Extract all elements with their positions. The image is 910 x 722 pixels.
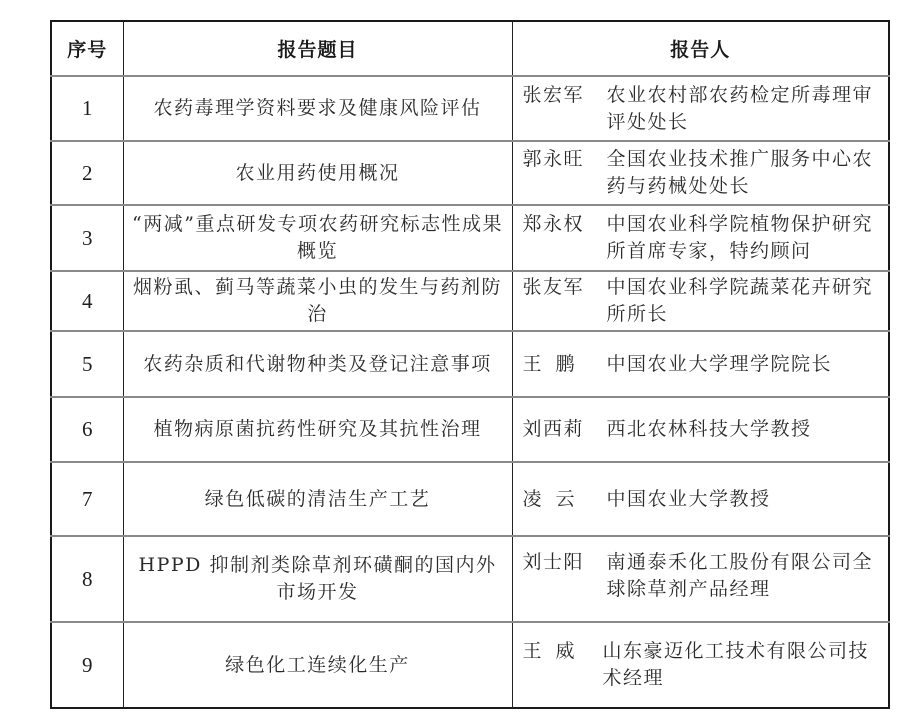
speaker-affiliation: 农业农村部农药检定所毒理审评处处长 <box>607 82 883 136</box>
table-row: 8 HPPD 抑制剂类除草剂环磺酮的国内外市场开发 刘士阳 南通泰禾化工股份有限… <box>51 536 889 622</box>
speaker-name: 凌云 <box>523 486 607 513</box>
speaker-name: 刘士阳 <box>523 549 607 576</box>
report-title: 农药杂质和代谢物种类及登记注意事项 <box>123 331 512 397</box>
row-number: 1 <box>51 76 123 141</box>
table-row: 7 绿色低碳的清洁生产工艺 凌云 中国农业大学教授 <box>51 462 889 536</box>
speaker-name: 张宏军 <box>523 82 607 109</box>
speaker-cell: 张友军 中国农业科学院蔬菜花卉研究所所长 <box>512 271 889 331</box>
speaker-affiliation: 中国农业科学院植物保护研究所首席专家，特约顾问 <box>607 211 883 265</box>
speaker-affiliation: 全国农业技术推广服务中心农药与药械处处长 <box>607 146 883 200</box>
speaker-cell: 凌云 中国农业大学教授 <box>512 462 889 536</box>
row-number: 2 <box>51 141 123 205</box>
speaker-affiliation: 中国农业大学理学院院长 <box>607 351 883 378</box>
report-schedule-table: 序号 报告题目 报告人 1 农药毒理学资料要求及健康风险评估 张宏军 农业农村部… <box>50 20 890 709</box>
speaker-name: 郭永旺 <box>523 146 607 173</box>
row-number: 6 <box>51 397 123 462</box>
row-number: 7 <box>51 462 123 536</box>
speaker-cell: 刘士阳 南通泰禾化工股份有限公司全球除草剂产品经理 <box>512 536 889 622</box>
speaker-cell: 张宏军 农业农村部农药检定所毒理审评处处长 <box>512 76 889 141</box>
report-title: 农业用药使用概况 <box>123 141 512 205</box>
header-speaker: 报告人 <box>512 21 889 76</box>
speaker-affiliation: 中国农业大学教授 <box>607 486 883 513</box>
table-row: 4 烟粉虱、蓟马等蔬菜小虫的发生与药剂防治 张友军 中国农业科学院蔬菜花卉研究所… <box>51 271 889 331</box>
table-row: 2 农业用药使用概况 郭永旺 全国农业技术推广服务中心农药与药械处处长 <box>51 141 889 205</box>
speaker-cell: 郑永权 中国农业科学院植物保护研究所首席专家，特约顾问 <box>512 205 889 271</box>
speaker-cell: 王威 山东豪迈化工技术有限公司技术经理 <box>512 622 889 708</box>
speaker-name: 郑永权 <box>523 211 607 238</box>
report-title: 烟粉虱、蓟马等蔬菜小虫的发生与药剂防治 <box>123 271 512 331</box>
row-number: 5 <box>51 331 123 397</box>
report-title: “两减”重点研发专项农药研究标志性成果概览 <box>123 205 512 271</box>
row-number: 4 <box>51 271 123 331</box>
speaker-cell: 郭永旺 全国农业技术推广服务中心农药与药械处处长 <box>512 141 889 205</box>
report-title: 绿色化工连续化生产 <box>123 622 512 708</box>
table-header-row: 序号 报告题目 报告人 <box>51 21 889 76</box>
report-title: HPPD 抑制剂类除草剂环磺酮的国内外市场开发 <box>123 536 512 622</box>
row-number: 8 <box>51 536 123 622</box>
report-title: 绿色低碳的清洁生产工艺 <box>123 462 512 536</box>
speaker-affiliation: 西北农林科技大学教授 <box>607 416 883 443</box>
table-row: 1 农药毒理学资料要求及健康风险评估 张宏军 农业农村部农药检定所毒理审评处处长 <box>51 76 889 141</box>
table-row: 9 绿色化工连续化生产 王威 山东豪迈化工技术有限公司技术经理 <box>51 622 889 708</box>
report-title: 农药毒理学资料要求及健康风险评估 <box>123 76 512 141</box>
speaker-cell: 刘西莉 西北农林科技大学教授 <box>512 397 889 462</box>
speaker-affiliation: 南通泰禾化工股份有限公司全球除草剂产品经理 <box>607 549 883 603</box>
row-number: 9 <box>51 622 123 708</box>
speaker-affiliation: 中国农业科学院蔬菜花卉研究所所长 <box>607 274 883 328</box>
report-title: 植物病原菌抗药性研究及其抗性治理 <box>123 397 512 462</box>
speaker-cell: 王鹏 中国农业大学理学院院长 <box>512 331 889 397</box>
table-row: 6 植物病原菌抗药性研究及其抗性治理 刘西莉 西北农林科技大学教授 <box>51 397 889 462</box>
row-number: 3 <box>51 205 123 271</box>
speaker-affiliation: 山东豪迈化工技术有限公司技术经理 <box>603 638 883 692</box>
header-number: 序号 <box>51 21 123 76</box>
table-row: 3 “两减”重点研发专项农药研究标志性成果概览 郑永权 中国农业科学院植物保护研… <box>51 205 889 271</box>
speaker-name: 王威 <box>523 638 603 665</box>
speaker-name: 刘西莉 <box>523 416 607 443</box>
speaker-name: 张友军 <box>523 274 607 301</box>
speaker-name: 王鹏 <box>523 351 607 378</box>
header-title: 报告题目 <box>123 21 512 76</box>
table-row: 5 农药杂质和代谢物种类及登记注意事项 王鹏 中国农业大学理学院院长 <box>51 331 889 397</box>
